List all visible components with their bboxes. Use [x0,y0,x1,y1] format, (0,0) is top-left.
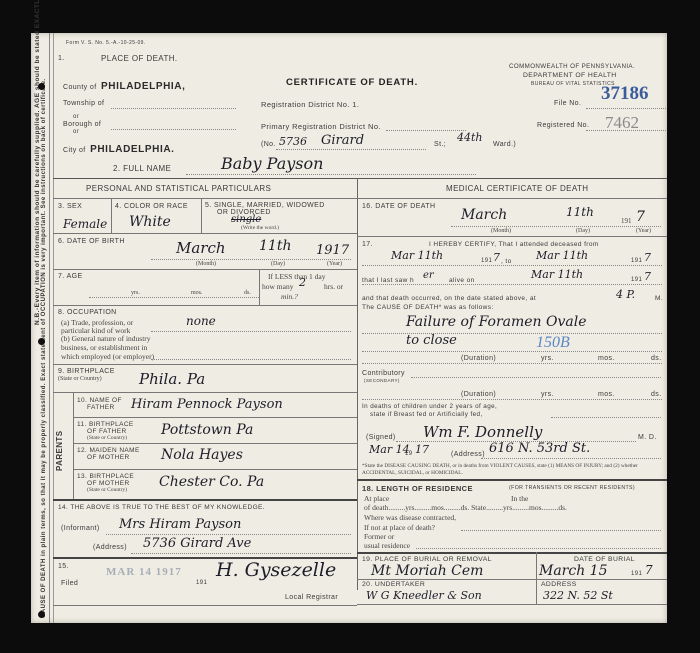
county-row: County of PHILADELPHIA, [63,76,186,94]
dob-label: 6. DATE OF BIRTH [58,238,125,245]
informant-name: Mrs Hiram Payson [119,517,241,532]
death-time: 4 P. [616,288,635,301]
marital-label-1: 5. SINGLE, MARRIED, WIDOWED [205,202,325,209]
father-birthplace: Pottstown Pa [161,422,253,438]
cause-line-2: to close [406,333,457,348]
color-value: White [129,214,171,230]
occupation-label: 8. OCCUPATION [58,309,117,316]
death-certificate: N.B.-Every item of information should be… [31,33,667,623]
registrar-signature: H. Gysezelle [216,559,336,581]
dod-month: March [461,207,507,223]
city-value: PHILADELPHIA. [90,144,174,155]
color-label: 4. COLOR OR RACE [115,203,188,210]
full-name-label: 2. FULL NAME [113,164,171,173]
local-registrar-label: Local Registrar [285,594,338,601]
mother-birthplace: Chester Co. Pa [159,474,264,490]
dod-year: 7 [636,209,645,225]
ward-number: 44th [457,131,483,144]
burial-date: March 15 [539,563,608,579]
burial-date-label: DATE OF BURIAL [574,556,635,563]
township-label: Township of [63,100,104,107]
header-rule [53,178,667,179]
father-name: Hiram Pennock Payson [131,397,283,412]
margin-text-top: N.B.-Every item of information should be… [34,0,41,325]
residence-label: 18. LENGTH OF RESIDENCE [362,484,473,493]
borough-label: Borough of [63,121,101,128]
medical-heading: MEDICAL CERTIFICATE OF DEATH [446,184,588,193]
burial-label: 19. PLACE OF BURIAL OR REMOVAL [362,556,492,563]
occupation-value: none [186,314,216,328]
age-label: 7. AGE [58,273,83,280]
punch-hole [38,611,45,618]
undertaker-label: 20. UNDERTAKER [362,581,425,588]
dob-day: 11th [259,238,291,254]
filed-date-stamp: MAR 14 1917 [106,566,182,578]
margin-text-bottom: CAUSE OF DEATH in plain terms, so that i… [41,78,47,618]
cause-code: 150B [536,334,570,352]
statement: 14. THE ABOVE IS TRUE TO THE BEST OF MY … [58,504,265,511]
undertaker-name: W G Kneedler & Son [366,589,482,602]
marital-value: single [231,214,261,225]
undertaker-address-label: ADDRESS [541,581,577,588]
column-divider [357,178,358,590]
place-of-death-heading: PLACE OF DEATH. [101,54,178,63]
county-value: PHILADELPHIA, [101,81,185,92]
last-saw-date: Mar 11th [531,268,583,281]
attended-from: Mar 11th [391,249,443,262]
registration-district: Registration District No. 1. [261,100,359,109]
sex-value: Female [63,217,107,231]
form-number: Form V. S. No. 5.-A.-10-25-09. [66,40,146,46]
full-name-value: Baby Payson [221,154,323,173]
parents-label: PARENTS [55,431,64,471]
physician-address: 616 N. 53rd St. [489,441,590,456]
file-no-label: File No. [554,100,581,107]
signed-date: Mar 14 [369,443,410,456]
primary-registration-district: Primary Registration District No. [261,122,381,131]
item-1-label: 1. [58,55,65,62]
dod-day: 11th [566,205,594,219]
footnote: *State the DISEASE CAUSING DEATH, or in … [362,463,660,477]
birthplace-value: Phila. Pa [139,370,205,388]
file-number-stamp: 37186 [601,83,649,105]
certificate-title: CERTIFICATE OF DEATH. [286,77,418,88]
undertaker-address: 322 N. 52 St [543,589,613,602]
registered-no-label: Registered No. [537,122,589,129]
birthplace-label: 9. BIRTHPLACE [58,368,115,375]
cause-line-1: Failure of Foramen Ovale [406,314,587,330]
attended-to: Mar 11th [536,249,588,262]
certify-text: I HEREBY CERTIFY, That I attended deceas… [429,241,599,248]
street-number: 5736 [279,135,307,148]
burial-place: Mt Moriah Cem [371,563,483,579]
agency-line-2: DEPARTMENT OF HEALTH [523,72,617,79]
agency-line-1: COMMONWEALTH OF PENNSYLVANIA. [509,63,635,70]
mother-maiden-name: Nola Hayes [161,447,243,463]
personal-heading: PERSONAL AND STATISTICAL PARTICULARS [86,184,271,193]
physician-signature: Wm F. Donnelly [423,423,542,441]
street-name: Girard [321,133,364,148]
city-row: City of PHILADELPHIA. [63,139,175,157]
punch-hole [38,83,45,90]
informant-address: 5736 Girard Ave [143,536,251,551]
dob-month: March [176,239,226,257]
dod-label: 16. DATE OF DEATH [362,203,435,210]
margin-rule [53,33,54,623]
punch-hole [38,338,45,345]
sex-label: 3. SEX [58,203,82,210]
dob-year: 1917 [316,243,349,258]
hours-value: 2 [299,276,306,289]
